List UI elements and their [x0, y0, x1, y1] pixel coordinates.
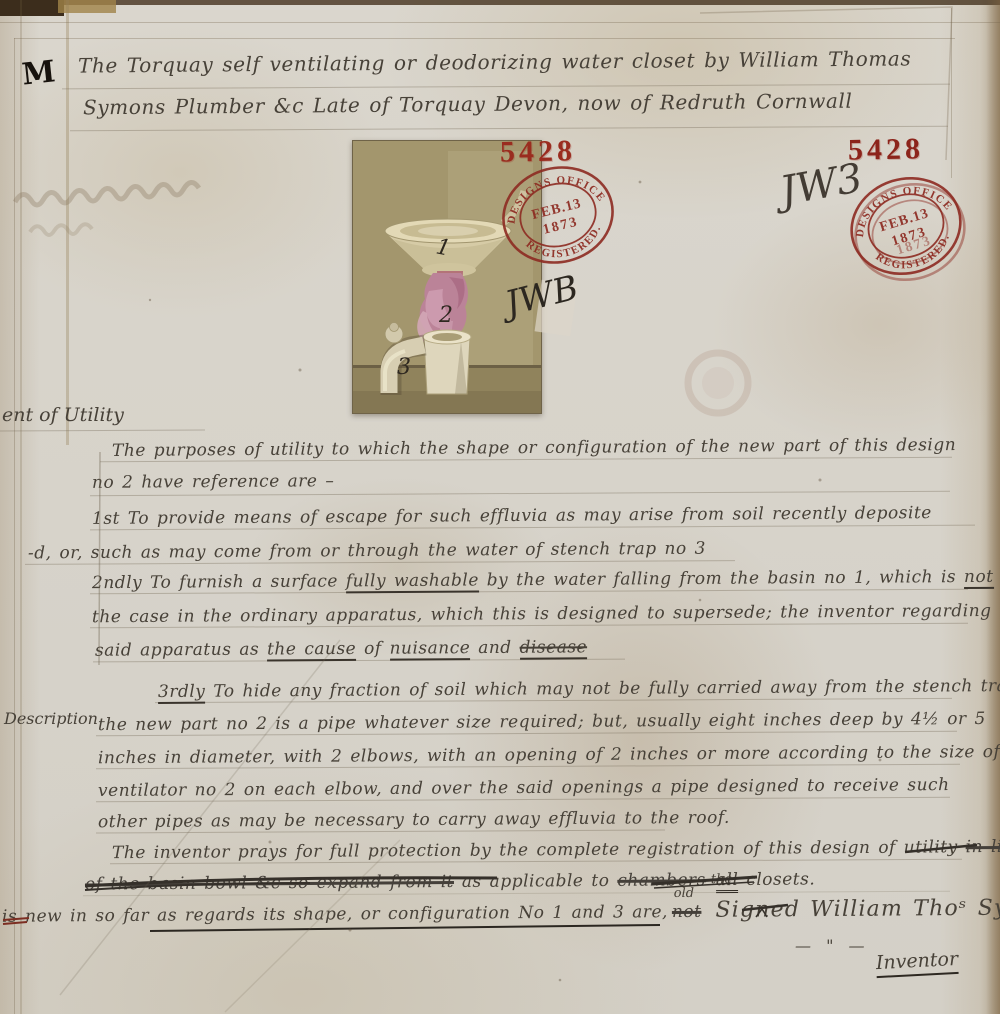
- text-run: 2ndly To furnish a surface: [92, 571, 346, 593]
- title-line-1: The Torquay self ventilating or deodoriz…: [78, 46, 911, 77]
- text-run: and: [470, 638, 519, 658]
- top-left-corner-dark: [0, 0, 64, 16]
- inserted-word: the: [711, 869, 732, 891]
- top-edge-shadow: [0, 0, 1000, 5]
- margin-label-utility: ent of Utility: [2, 404, 124, 426]
- underlined-phrase: the cause: [267, 639, 356, 662]
- title-line-2: Symons Plumber &c Late of Torquay Devon,…: [83, 89, 853, 120]
- text-run: closets.: [738, 869, 815, 890]
- text-run: by the water falling from the basin no 1…: [479, 567, 964, 590]
- vertical-crease: [66, 0, 69, 445]
- underlined-word: not: [964, 567, 994, 589]
- rule-line: [0, 22, 1000, 23]
- underlined-word: nuisance: [389, 638, 470, 661]
- margin-mark: M: [20, 54, 57, 92]
- inserted-word: old: [674, 883, 694, 905]
- registered-design-document: 1 2 3 5428 5428 DESIGNS OFFICE REGISTERE…: [0, 0, 1000, 1014]
- ditto-dashes: — " —: [795, 936, 870, 955]
- text-run: To hide any fraction of soil which may n…: [205, 676, 1000, 702]
- text-run: as applicable to: [454, 871, 617, 892]
- underlined-phrase: fully washable: [346, 570, 479, 593]
- insertion-wrap: oldnot: [672, 901, 702, 923]
- rule-line: [0, 429, 205, 431]
- frame-top: [14, 38, 955, 39]
- description-line-4: other pipes as may be necessary to carry…: [98, 807, 730, 833]
- statement-line-2: no 2 have reference are –: [92, 470, 335, 494]
- margin-label-description: Description: [4, 709, 98, 728]
- struck-words: in lieu: [966, 837, 1000, 857]
- text-run: of: [356, 639, 389, 659]
- text-run: said apparatus as: [95, 640, 267, 661]
- designs-office-stamp-left: DESIGNS OFFICE REGISTERED. FEB.13 1873: [478, 154, 638, 276]
- underlined-word: 3rdly: [158, 682, 206, 704]
- photo-label-trap: 3: [397, 355, 411, 380]
- text-run: is new in so far as regards its shape, o…: [2, 902, 668, 927]
- rule-line: [70, 126, 948, 132]
- struck-words: of the basin bowl &c so expand from it: [85, 872, 454, 895]
- signature-role: Inventor: [875, 948, 958, 978]
- left-fold-line: [20, 0, 22, 1014]
- frame-left: [14, 38, 15, 1014]
- signature: Signed William Thoˢ Symons: [715, 895, 1000, 922]
- frame-right: [951, 8, 952, 178]
- right-edge-band: [986, 0, 1000, 1014]
- statement-item-3: said apparatus as the cause of nuisance …: [95, 636, 587, 661]
- underlined-struck-word: disease: [519, 637, 587, 659]
- photo-label-ventilator: 2: [438, 303, 453, 328]
- final-line: is new in so far as regards its shape, o…: [2, 897, 1000, 927]
